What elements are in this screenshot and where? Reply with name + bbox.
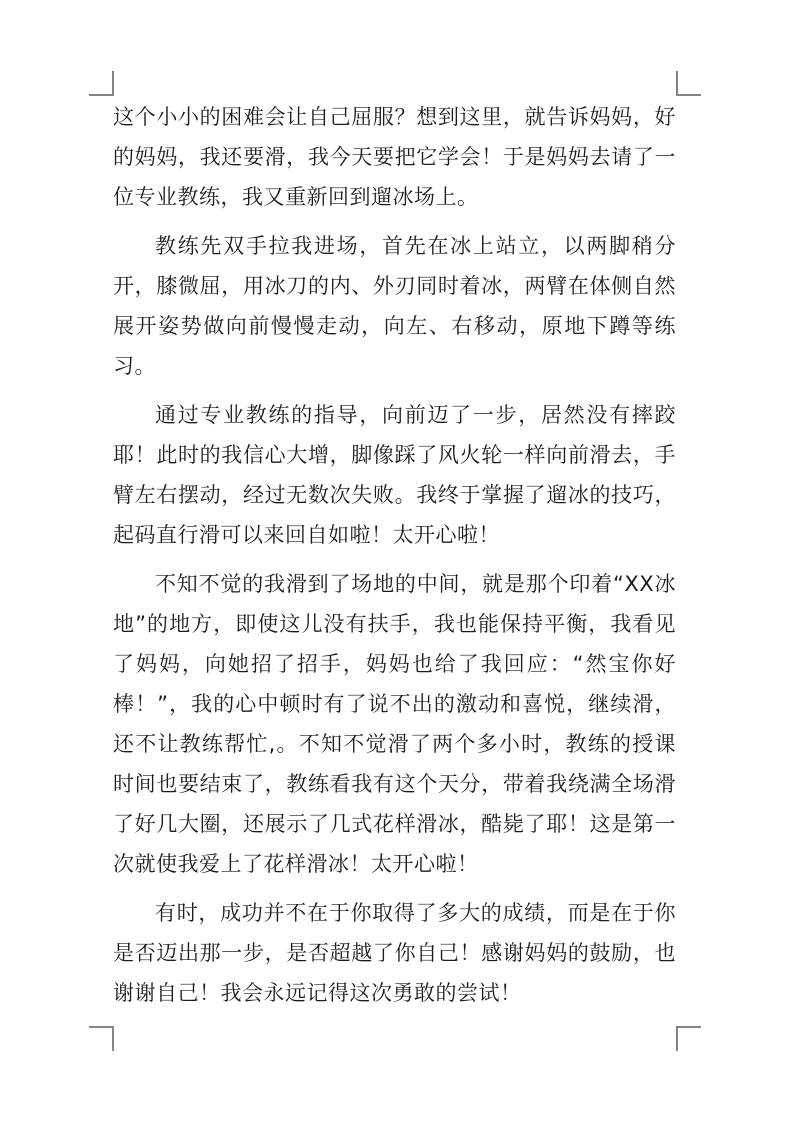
document-page: 这个小小的困难会让自己屈服？想到这里，就告诉妈妈，好的妈妈，我还要滑，我今天要把… — [0, 0, 794, 1123]
margin-crop-mark-top-left — [89, 71, 114, 96]
margin-crop-mark-top-right — [676, 71, 701, 96]
paragraph: 有时，成功并不在于你取得了多大的成绩，而是在于你是否迈出那一步，是否超越了你自己… — [113, 893, 676, 1013]
paragraph: 不知不觉的我滑到了场地的中间，就是那个印着“XX冰地”的地方，即使这儿没有扶手，… — [113, 564, 676, 884]
margin-crop-mark-bottom-left — [89, 1026, 114, 1051]
margin-crop-mark-bottom-right — [676, 1026, 701, 1051]
paragraph: 这个小小的困难会让自己屈服？想到这里，就告诉妈妈，好的妈妈，我还要滑，我今天要把… — [113, 97, 676, 217]
document-body: 这个小小的困难会让自己屈服？想到这里，就告诉妈妈，好的妈妈，我还要滑，我今天要把… — [113, 97, 676, 1022]
paragraph: 通过专业教练的指导，向前迈了一步，居然没有摔跤耶！此时的我信心大增，脚像踩了风火… — [113, 395, 676, 555]
paragraph: 教练先双手拉我进场，首先在冰上站立，以两脚稍分开，膝微屈，用冰刀的内、外刃同时着… — [113, 226, 676, 386]
